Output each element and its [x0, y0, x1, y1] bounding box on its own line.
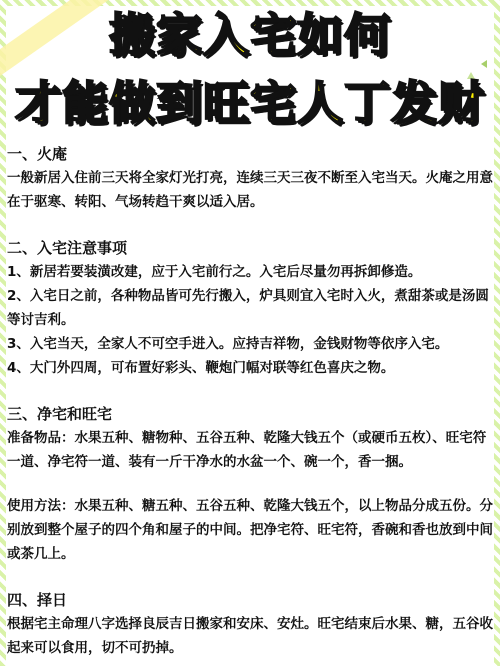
section-cleanse: 三、净宅和旺宅 准备物品：水果五种、糖物种、五谷五种、乾隆大钱五个（或硬币五枚）… — [7, 402, 495, 566]
section-heading: 二、入宅注意事项 — [7, 236, 495, 260]
section-date: 四、择日 根据宅主命理八字选择良辰吉日搬家和安床、安灶。旺宅结束后水果、糖，五谷… — [7, 588, 495, 660]
title-line-1: 搬家入宅如何 — [0, 8, 500, 62]
article-body: 一、火庵 一般新居入住前三天将全家灯光打亮，连续三天三夜不断至入宅当天。火庵之用… — [7, 142, 495, 660]
list-item: 3、入宅当天，全家人不可空手进入。应持吉祥物，金钱财物等依序入宅。 — [7, 332, 495, 356]
section-notes: 二、入宅注意事项 1、新居若要装潢改建，应于入宅前行之。入宅后尽量勿再拆卸修造。… — [7, 236, 495, 380]
section-heading: 三、净宅和旺宅 — [7, 402, 495, 426]
paragraph: 准备物品：水果五种、糖物种、五谷五种、乾隆大钱五个（或硬币五枚）、旺宅符一道、净… — [7, 426, 495, 474]
paragraph: 使用方法：水果五种、糖五种、五谷五种、乾隆大钱五个，以上物品分成五份。分别放到整… — [7, 494, 495, 566]
paragraph: 一般新居入住前三天将全家灯光打亮，连续三天三夜不断至入宅当天。火庵之用意在于驱寒… — [7, 166, 495, 214]
list-item: 4、大门外四周，可布置好彩头、鞭炮门幅对联等红色喜庆之物。 — [7, 356, 495, 380]
section-heading: 一、火庵 — [7, 142, 495, 166]
section-fire: 一、火庵 一般新居入住前三天将全家灯光打亮，连续三天三夜不断至入宅当天。火庵之用… — [7, 142, 495, 214]
list-item: 1、新居若要装潢改建，应于入宅前行之。入宅后尽量勿再拆卸修造。 — [7, 260, 495, 284]
section-heading: 四、择日 — [7, 588, 495, 612]
title-line-2: 才能做到旺宅人丁发财 — [0, 76, 500, 130]
list-item: 2、入宅日之前，各种物品皆可先行搬入，炉具则宜入宅时入火，煮甜茶或是汤圆等讨吉利… — [7, 284, 495, 332]
paragraph: 根据宅主命理八字选择良辰吉日搬家和安床、安灶。旺宅结束后水果、糖，五谷收起来可以… — [7, 612, 495, 660]
